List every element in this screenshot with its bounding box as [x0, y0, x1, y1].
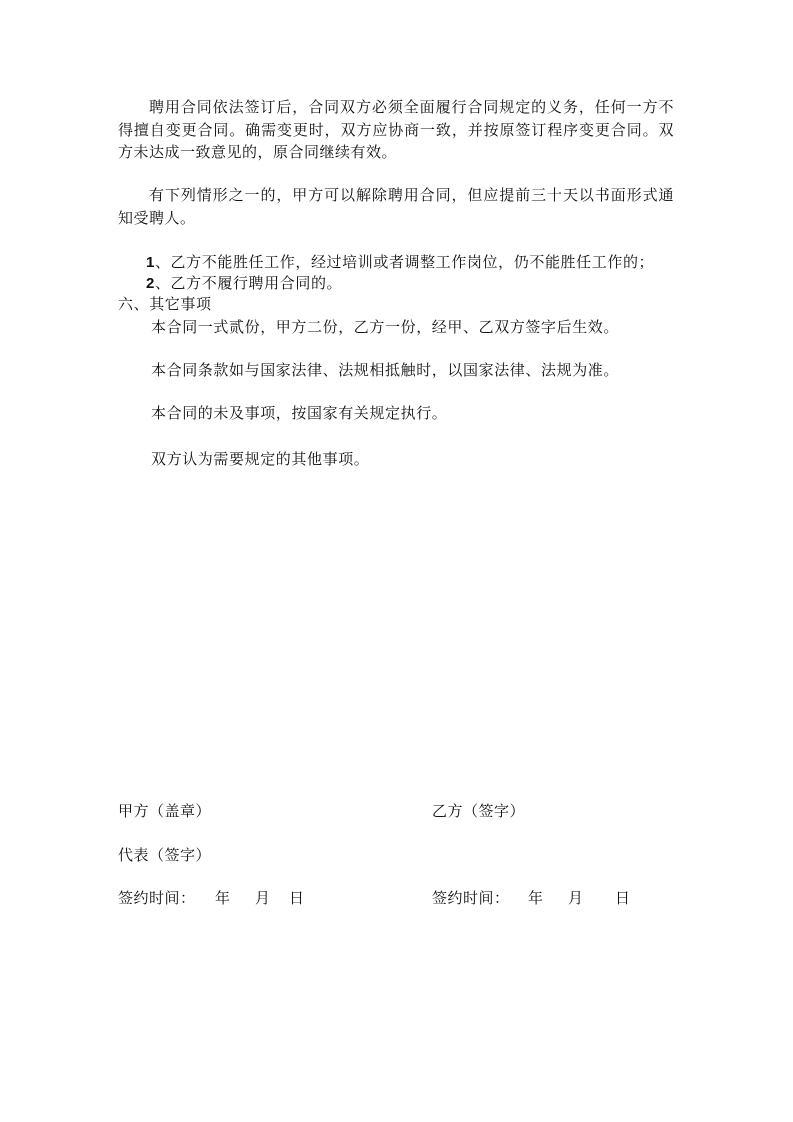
- party-b-month: 月: [568, 887, 584, 909]
- representative-signature-label: 代表（签字）: [118, 844, 211, 866]
- list-item-1: 1、乙方不能胜任工作，经过培训或者调整工作岗位，仍不能胜任工作的；: [146, 251, 654, 274]
- party-a-day: 日: [289, 887, 305, 909]
- paragraph-contract-modification: 聘用合同依法签订后，合同双方必须全面履行合同规定的义务，任何一方不得擅自变更合同…: [118, 96, 674, 164]
- list-text: 、乙方不履行聘用合同的。: [155, 274, 342, 292]
- list-number: 2: [146, 275, 155, 292]
- party-a-year: 年: [215, 887, 231, 909]
- list-item-2: 2、乙方不履行聘用合同的。: [146, 272, 342, 295]
- party-a-month: 月: [255, 887, 271, 909]
- clause-copies: 本合同一式贰份，甲方二份，乙方一份，经甲、乙双方签字后生效。: [151, 316, 619, 338]
- clause-other-matters: 双方认为需要规定的其他事项。: [151, 448, 369, 470]
- list-number: 1: [146, 254, 155, 271]
- paragraph-termination-conditions: 有下列情形之一的，甲方可以解除聘用合同，但应提前三十天以书面形式通知受聘人。: [118, 184, 674, 229]
- list-text: 、乙方不能胜任工作，经过培训或者调整工作岗位，仍不能胜任工作的；: [155, 253, 654, 271]
- party-a-date-label: 签约时间：: [118, 887, 196, 909]
- clause-unmentioned-matters: 本合同的未及事项，按国家有关规定执行。: [151, 402, 447, 424]
- party-a-seal-label: 甲方（盖章）: [118, 800, 211, 822]
- party-b-day: 日: [615, 887, 631, 909]
- clause-legal-precedence: 本合同条款如与国家法律、法规相抵触时，以国家法律、法规为准。: [151, 359, 619, 381]
- party-b-date-label: 签约时间：: [432, 887, 510, 909]
- section-heading-other-matters: 六、其它事项: [118, 293, 212, 315]
- party-b-year: 年: [528, 887, 544, 909]
- party-b-signature-label: 乙方（签字）: [432, 800, 525, 822]
- document-page: 聘用合同依法签订后，合同双方必须全面履行合同规定的义务，任何一方不得擅自变更合同…: [0, 0, 793, 1122]
